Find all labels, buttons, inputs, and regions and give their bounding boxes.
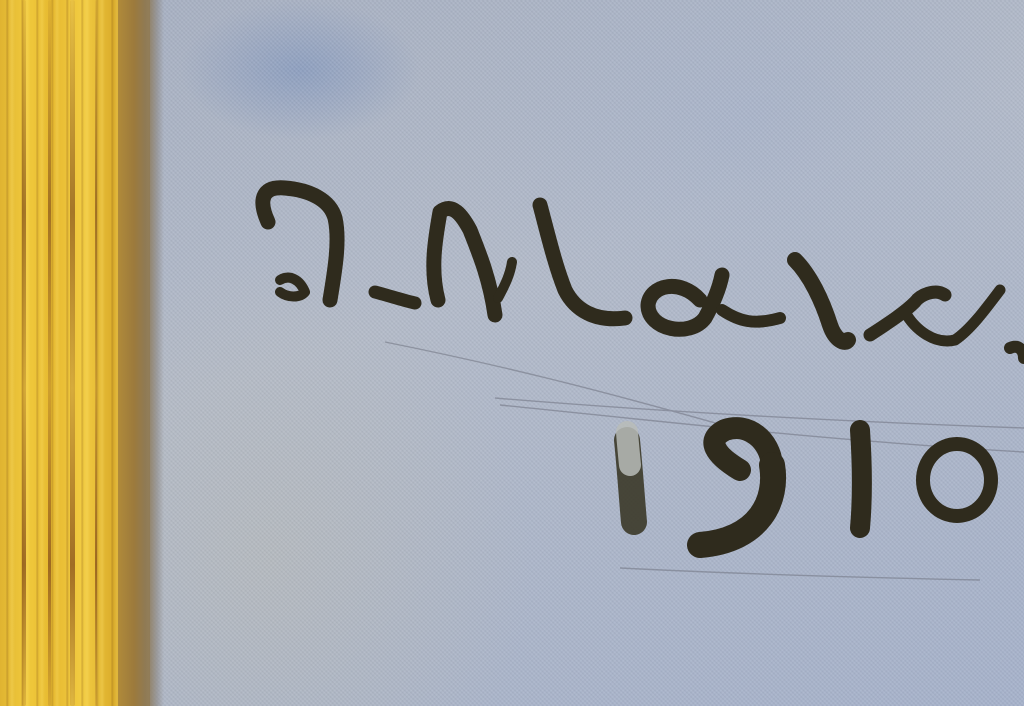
signature-strokes xyxy=(0,0,1024,706)
signature xyxy=(263,188,1024,358)
painting-photo: J. Marc 1910 xyxy=(0,0,1024,706)
date-1910 xyxy=(627,428,991,545)
